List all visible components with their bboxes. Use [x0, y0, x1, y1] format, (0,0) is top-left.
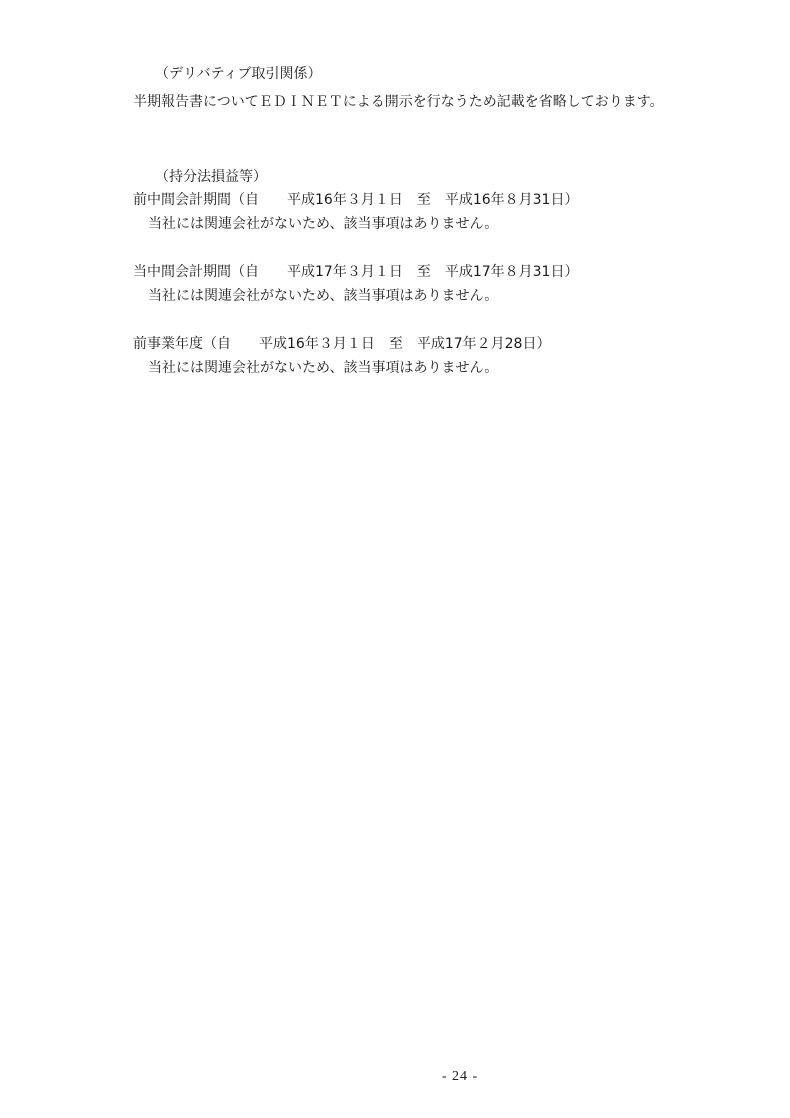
prior-fiscal-year-line: 前事業年度（自 平成16年３月１日 至 平成17年２月28日） [133, 337, 550, 352]
derivatives-section-heading: （デリバティブ取引関係） [155, 67, 321, 82]
derivatives-section-body: 半期報告書についてＥＤＩＮＥＴによる開示を行なうため記載を省略しております。 [133, 95, 664, 110]
page-number: - 24 - [0, 1069, 790, 1084]
current-interim-period-line: 当中間会計期間（自 平成17年３月１日 至 平成17年８月31日） [133, 265, 578, 280]
prior-interim-period-line: 前中間会計期間（自 平成16年３月１日 至 平成16年８月31日） [133, 193, 578, 208]
current-interim-period-note: 当社には関連会社がないため、該当事項はありません。 [148, 289, 498, 304]
prior-interim-period-note: 当社には関連会社がないため、該当事項はありません。 [148, 217, 498, 232]
equity-method-section-heading: （持分法損益等） [155, 170, 267, 185]
document-page: （デリバティブ取引関係） 半期報告書についてＥＤＩＮＥＴによる開示を行なうため記… [0, 0, 790, 1118]
prior-fiscal-year-note: 当社には関連会社がないため、該当事項はありません。 [148, 361, 498, 376]
